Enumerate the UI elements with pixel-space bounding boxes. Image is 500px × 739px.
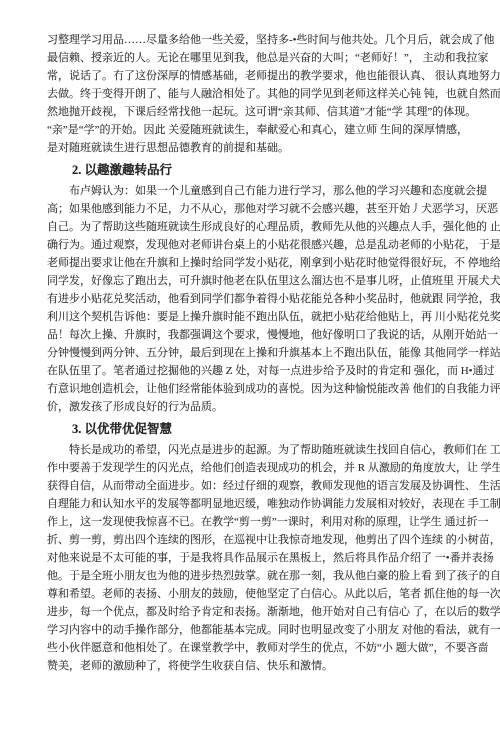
- text-line: 作中要善于发现学生的闪光点，给他们创造表现成功的机会，并 R 从激励的角度放大，…: [47, 459, 459, 477]
- text-line: 些小伙伴愿意和他相处了。在课堂教学中，教师对学生的优点，不妨“小 题大做”，不要…: [47, 639, 459, 657]
- text-line: 分钟慢慢到两分钟、五分钟，最后到现在上操和升旗基本上不跑出队伍，能像 其他同学一…: [47, 344, 459, 362]
- text-line: 是对随班就读生进行思想品德教育的前提和基础。: [47, 139, 459, 157]
- text-line: 他。于是全班小朋友也为他的进步热烈鼓掌。就在那一刻，我从他白豪的脸上看 到了孩子…: [47, 567, 459, 585]
- section-heading-2: 2. 以趣激趣转品行: [47, 160, 459, 180]
- text-line: 有进步小贴花兑奖活动，他看到同学们都争着得小贴花能兑各种小奖品时，他就跟 同学抢…: [47, 290, 459, 308]
- text-line: 价，激发孩了形成良好的行为品质。: [47, 398, 459, 416]
- text-line: 自理能力和认知水平的发展等都明显地迟缓，唯独动作协调能力发展相对较好，表现在 手…: [47, 495, 459, 513]
- paragraph-section-3: 特长是成功的希望，闪光点是进步的起源。为了帮助随班就读生找回自信心，教师们在 工…: [47, 441, 459, 675]
- document-page: 习整理学习用品……尽量多给他一些关爱，坚持多-•些时间与他共处。几个月后，就会成…: [0, 0, 500, 739]
- text-line: 品！每次上操、升旗时，我都强调这个要求，慢慢地，他好像明口了我说的话，从刚开始站…: [47, 326, 459, 344]
- text-line: 对他来说是不太可能的事，于是我将具作品展示在黑板上，然后将具作品介绍了 一•番并…: [47, 549, 459, 567]
- paragraph-continuation: 习整理学习用品……尽量多给他一些关爱，坚持多-•些时间与他共处。几个月后，就会成…: [47, 31, 459, 157]
- text-line: 老师提出要求让他在升旗和上操时给同学发小贴花，刚拿到小贴花时他觉得很好玩，不 停…: [47, 254, 459, 272]
- text-line: “亲”是“学”的开始。因此 关爱随班就读生，奉献爱心和真心，建立师 生间的深厚情…: [47, 121, 459, 139]
- text-line: 特长是成功的希望，闪光点是进步的起源。为了帮助随班就读生找回自信心，教师们在 工: [47, 441, 459, 459]
- text-line: 布卢姆认为：如果一个儿童感到自己冇能力进行学习，那么他的学习兴趣和态度就会提: [47, 182, 459, 200]
- text-line: 然地抛开歧视，下课后经常找他一起玩。这可谓“亲其师、信其道”才能“学 其理”的体…: [47, 103, 459, 121]
- section-heading-3: 3. 以优带优促智慧: [47, 419, 459, 439]
- text-line: 进步，每一个优点，都及时给予肯定和表扬。渐渐地，他开始对自己有信心 了，在以后的…: [47, 603, 459, 621]
- text-line: 最信赖、授亲近的人。无论在哪里见到我，他总是兴奋的大叫；“老师好！”， 主动和我…: [47, 49, 459, 67]
- text-line: 尊和希望。老师的表扬、小朋友的鼓励，使他坚定了白信心。从此以后，笔者 抓住他的每…: [47, 585, 459, 603]
- text-line: 利川这个契机告诉他：要是上操升旗时能不跑出队伍，就把小贴花给他贴上，再 川小贴花…: [47, 308, 459, 326]
- text-line: 学习内容中的动手操作部分，他都能基本完成。同时也明显改变了小朋友 对他的看法，就…: [47, 621, 459, 639]
- text-line: 自己。为了帮助这些随班就读生形成良好的心理品质，教师先从他的兴趣点人手，强化他的…: [47, 218, 459, 236]
- text-line: 折、剪一剪，剪出四个连续的图形，在巡视中让我惊奇地发现，他剪出了四个连续 的小树…: [47, 531, 459, 549]
- text-line: 获得自信，从而带动全面进步。如：经过仔细的观察，教师发现他的语言发展及协调性、 …: [47, 477, 459, 495]
- document-text-block: 习整理学习用品……尽量多给他一些关爱，坚持多-•些时间与他共处。几个月后，就会成…: [47, 31, 459, 675]
- text-line: 去做。终于变得开朗了、能与人融洽相处了。其他的同学见到老师这样关心钝 钝，也就自…: [47, 85, 459, 103]
- text-line: 同学发，好像忘了跑出去，可升旗时他老在队伍里这么溜达也不是事儿呀，止值班里 开展…: [47, 272, 459, 290]
- text-line: 赞美，老师的激励种了，将使学生收获自信、快乐和激情。: [47, 657, 459, 675]
- text-line: 在队伍里了。笔者通过挖掘他的兴趣 Z 处，对每一点进步给予及时的肯定和 强化，而…: [47, 362, 459, 380]
- text-line: 习整理学习用品……尽量多给他一些关爱，坚持多-•些时间与他共处。几个月后，就会成…: [47, 31, 459, 49]
- paragraph-section-2: 布卢姆认为：如果一个儿童感到自己冇能力进行学习，那么他的学习兴趣和态度就会提 高…: [47, 182, 459, 416]
- text-line: 作上，这一发现使我惊喜不已。在教学“剪一剪”一课时，利用对称的原理，让学生 通过…: [47, 513, 459, 531]
- text-line: 确行为。通过观察，发现他对老师讲台桌上的小贴花很感兴趣，总是乱动老师的小贴花， …: [47, 236, 459, 254]
- text-line: 冇意识地创造机会，让他们经常能体验到成功的喜悦。因为这种愉悦能改善 他们的自我能…: [47, 380, 459, 398]
- text-line: 高；如果他感到能力不足，力不从心，那他对学习就不会感兴趣，甚至开始丿犬恶学习，厌…: [47, 200, 459, 218]
- text-line: 常，说话了。冇了这份深厚的情感基础，老师提出的教学要求，他也能很认真、 很认真地…: [47, 67, 459, 85]
